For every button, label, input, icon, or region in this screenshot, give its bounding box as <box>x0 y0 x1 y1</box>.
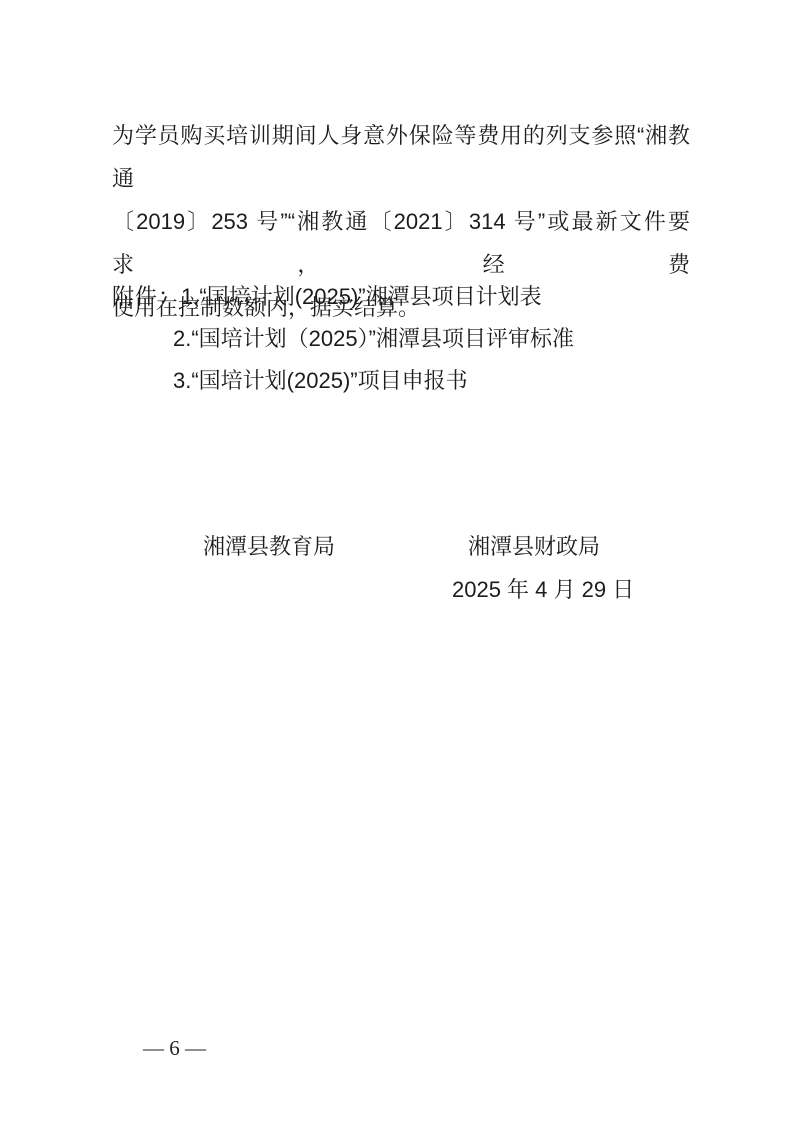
signature-date: 2025 年 4 月 29 日 <box>452 577 634 603</box>
document-page: 为学员购买培训期间人身意外保险等费用的列支参照“湘教通 〔2019〕253 号”… <box>0 0 793 1121</box>
attachment-item-1: 1.“国培计划(2025)”湘潭县项目计划表 <box>181 284 542 309</box>
page-number: — 6 — <box>143 1036 206 1060</box>
signature-finance-bureau: 湘潭县财政局 <box>468 534 600 560</box>
paragraph-line-2: 〔2019〕253 号”“湘教通〔2021〕314 号”或最新文件要求，经费 <box>112 200 690 286</box>
signature-education-bureau: 湘潭县教育局 <box>203 534 335 560</box>
paragraph-line-1: 为学员购买培训期间人身意外保险等费用的列支参照“湘教通 <box>112 114 690 200</box>
attachment-item-2: 2.“国培计划（2025）”湘潭县项目评审标准 <box>112 318 712 360</box>
attachment-item-3: 3.“国培计划(2025)”项目申报书 <box>112 360 712 402</box>
attachment-item-1-row: 附件：1.“国培计划(2025)”湘潭县项目计划表 <box>112 276 712 318</box>
attachments-label: 附件： <box>112 284 181 309</box>
attachments-list: 附件：1.“国培计划(2025)”湘潭县项目计划表 2.“国培计划（2025）”… <box>112 276 712 402</box>
